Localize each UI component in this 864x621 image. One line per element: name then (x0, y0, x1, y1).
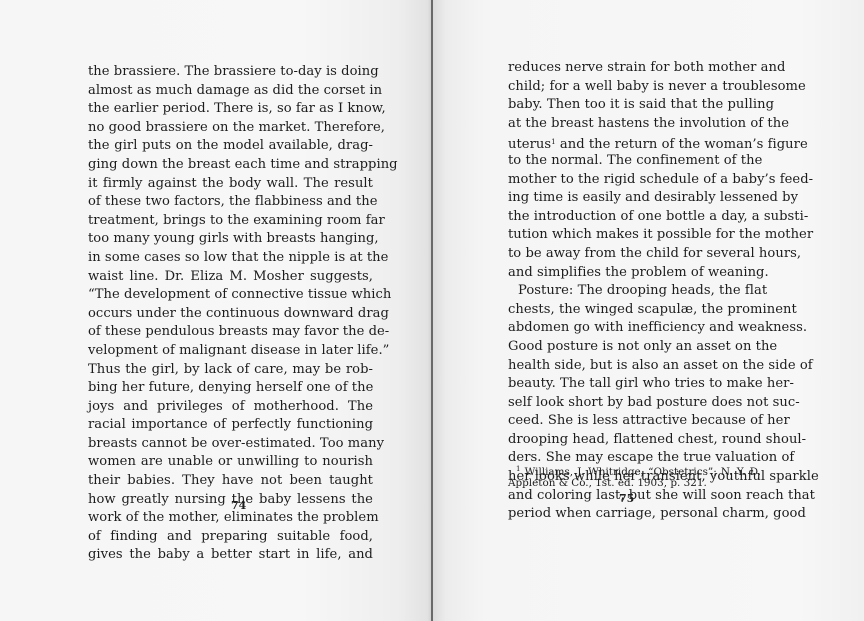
text-line: occurs under the continuous downward dra… (88, 305, 373, 324)
text-line: in some cases so low that the nipple is … (88, 249, 373, 268)
text-line: gives the baby a better start in life, a… (88, 546, 373, 565)
page-number: 74 (231, 499, 246, 512)
text-line: self look short by bad posture does not … (508, 394, 761, 413)
text-line: of finding and preparing suitable food, (88, 528, 373, 547)
right-page: reduces nerve strain for both mother and… (433, 0, 864, 621)
text-line: tution which makes it possible for the m… (508, 226, 761, 245)
text-line: joys and privileges of motherhood. The (88, 398, 373, 417)
text-line: work of the mother, eliminates the probl… (88, 509, 373, 528)
text-line: Good posture is not only an asset on the (508, 338, 761, 357)
text-line: no good brassiere on the market. Therefo… (88, 119, 373, 138)
text-line: the brassiere. The brassiere to-day is d… (88, 63, 373, 82)
text-line: too many young girls with breasts hangin… (88, 230, 373, 249)
text-line: abdomen go with inefficiency and weaknes… (508, 319, 761, 338)
text-fragment: and the return of the woman’s figure (556, 137, 808, 152)
footnote-line: Appleton & Co., 1st. ed. 1903, p. 321. (508, 476, 761, 490)
text-line: the girl puts on the model available, dr… (88, 137, 373, 156)
footnote-line: 1 Williams, J. Whitridge, “Obstetrics”; … (508, 462, 761, 476)
text-line: of these pendulous breasts may favor the… (88, 323, 373, 342)
text-line: period when carriage, personal charm, go… (508, 505, 761, 524)
text-line: at the breast hastens the involution of … (508, 115, 761, 134)
text-line: almost as much damage as did the corset … (88, 82, 373, 101)
text-line: drooping head, flattened chest, round sh… (508, 431, 761, 450)
text-line: racial importance of perfectly functioni… (88, 416, 373, 435)
text-line: baby. Then too it is said that the pulli… (508, 96, 761, 115)
text-line: ing time is easily and desirably lessene… (508, 189, 761, 208)
page-number: 75 (619, 492, 634, 505)
text-line: their babies. They have not been taught (88, 472, 373, 491)
section-lead-line: Posture: The drooping heads, the flat (508, 282, 761, 301)
right-page-body-text: reduces nerve strain for both mother and… (508, 59, 761, 524)
footnote: 1 Williams, J. Whitridge, “Obstetrics”; … (508, 462, 761, 490)
text-fragment: uterus (508, 137, 551, 152)
text-line: the earlier period. There is, so far as … (88, 100, 373, 119)
text-line: “The development of connective tissue wh… (88, 286, 373, 305)
text-line: chests, the winged scapulæ, the prominen… (508, 301, 761, 320)
left-page: the brassiere. The brassiere to-day is d… (0, 0, 432, 621)
text-line: breasts cannot be over-estimated. Too ma… (88, 435, 373, 454)
text-line: reduces nerve strain for both mother and (508, 59, 761, 78)
text-line: child; for a well baby is never a troubl… (508, 78, 761, 97)
text-line-with-footnote-ref: uterus1 and the return of the woman’s fi… (508, 133, 761, 152)
text-line: Thus the girl, by lack of care, may be r… (88, 361, 373, 380)
text-line: the introduction of one bottle a day, a … (508, 208, 761, 227)
text-line: velopment of malignant disease in later … (88, 342, 373, 361)
text-line: waist line. Dr. Eliza M. Mosher suggests… (88, 268, 373, 287)
text-line: bing her future, denying herself one of … (88, 379, 373, 398)
text-line: women are unable or unwilling to nourish (88, 453, 373, 472)
text-line: ging down the breast each time and strap… (88, 156, 373, 175)
text-line: it firmly against the body wall. The res… (88, 175, 373, 194)
text-line: ceed. She is less attractive because of … (508, 412, 761, 431)
text-line: of these two factors, the flabbiness and… (88, 193, 373, 212)
text-line: health side, but is also an asset on the… (508, 357, 761, 376)
text-line: treatment, brings to the examining room … (88, 212, 373, 231)
text-line: to be away from the child for several ho… (508, 245, 761, 264)
text-line: beauty. The tall girl who tries to make … (508, 375, 761, 394)
text-line: to the normal. The confinement of the (508, 152, 761, 171)
left-page-body-text: the brassiere. The brassiere to-day is d… (88, 63, 373, 565)
text-line: and simplifies the problem of weaning. (508, 264, 761, 283)
book-spread: the brassiere. The brassiere to-day is d… (0, 0, 864, 621)
text-line: mother to the rigid schedule of a baby’s… (508, 171, 761, 190)
